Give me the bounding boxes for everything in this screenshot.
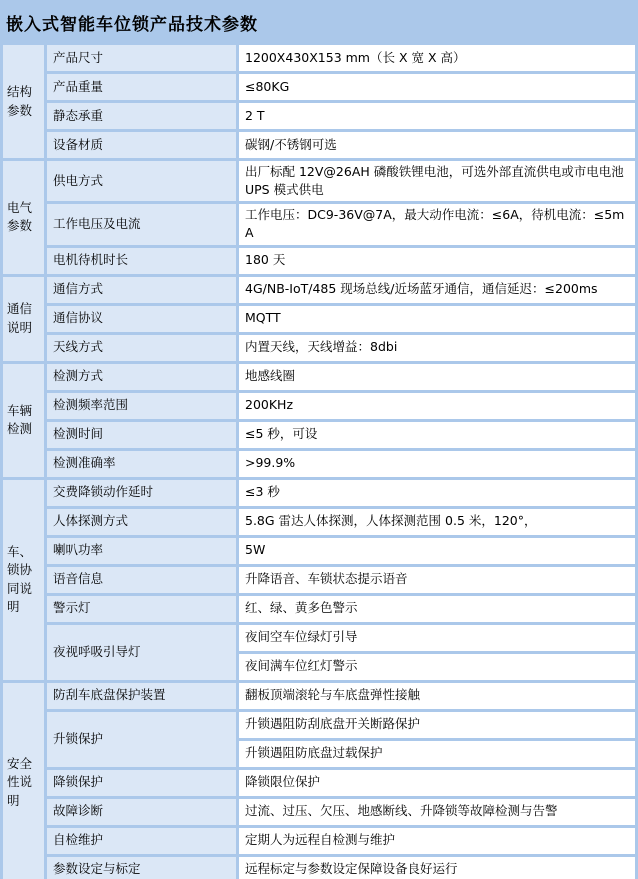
value-cell: ≤80KG (239, 74, 635, 100)
value-cell: 红、绿、黄多色警示 (239, 596, 635, 622)
param-cell: 参数设定与标定 (47, 857, 236, 879)
param-cell: 故障诊断 (47, 799, 236, 825)
table-row: 静态承重2 T (3, 103, 635, 129)
value-cell: 地感线圈 (239, 364, 635, 390)
value-cell: 翻板顶端滚轮与车底盘弹性接触 (239, 683, 635, 709)
table-row: 通信协议MQTT (3, 306, 635, 332)
param-cell: 静态承重 (47, 103, 236, 129)
category-cell: 电气参数 (3, 161, 44, 274)
value-cell: 升锁遇阻防底盘过载保护 (239, 741, 635, 767)
table-row: 警示灯红、绿、黄多色警示 (3, 596, 635, 622)
table-row: 电气参数供电方式出厂标配 12V@26AH 磷酸铁锂电池，可选外部直流供电或市电… (3, 161, 635, 201)
param-cell: 检测频率范围 (47, 393, 236, 419)
table-row: 语音信息升降语音、车锁状态提示语音 (3, 567, 635, 593)
table-row: 参数设定与标定远程标定与参数设定保障设备良好运行 (3, 857, 635, 879)
table-row: 车辆检测检测方式地感线圈 (3, 364, 635, 390)
table-row: 通信说明通信方式4G/NB-IoT/485 现场总线/近场蓝牙通信，通信延迟：≤… (3, 277, 635, 303)
table-row: 故障诊断过流、过压、欠压、地感断线、升降锁等故障检测与告警 (3, 799, 635, 825)
value-cell: MQTT (239, 306, 635, 332)
category-cell: 安全性说明 (3, 683, 44, 879)
value-cell: 4G/NB-IoT/485 现场总线/近场蓝牙通信，通信延迟：≤200ms (239, 277, 635, 303)
value-cell: 远程标定与参数设定保障设备良好运行 (239, 857, 635, 879)
value-cell: 过流、过压、欠压、地感断线、升降锁等故障检测与告警 (239, 799, 635, 825)
value-cell: 出厂标配 12V@26AH 磷酸铁锂电池，可选外部直流供电或市电电池 UPS 模… (239, 161, 635, 201)
param-cell: 检测准确率 (47, 451, 236, 477)
spec-table: 结构参数产品尺寸1200X430X153 mm（长 X 宽 X 高）产品重量≤8… (0, 42, 638, 879)
table-row: 喇叭功率5W (3, 538, 635, 564)
table-row: 安全性说明防刮车底盘保护装置翻板顶端滚轮与车底盘弹性接触 (3, 683, 635, 709)
table-row: 检测频率范围200KHz (3, 393, 635, 419)
category-cell: 车辆检测 (3, 364, 44, 477)
table-row: 电机待机时长180 天 (3, 248, 635, 274)
table-row: 工作电压及电流工作电压：DC9-36V@7A，最大动作电流：≤6A，待机电流：≤… (3, 204, 635, 244)
param-cell: 自检维护 (47, 828, 236, 854)
value-cell: 升降语音、车锁状态提示语音 (239, 567, 635, 593)
value-cell: 180 天 (239, 248, 635, 274)
value-cell: 碳钢/不锈钢可选 (239, 132, 635, 158)
param-cell: 防刮车底盘保护装置 (47, 683, 236, 709)
param-cell: 语音信息 (47, 567, 236, 593)
param-cell: 产品重量 (47, 74, 236, 100)
value-cell: 定期人为远程自检测与维护 (239, 828, 635, 854)
value-cell: 5W (239, 538, 635, 564)
param-cell: 升锁保护 (47, 712, 236, 767)
value-cell: 内置天线，天线增益：8dbi (239, 335, 635, 361)
table-row: 检测准确率>99.9% (3, 451, 635, 477)
page-title: 嵌入式智能车位锁产品技术参数 (0, 0, 638, 42)
table-row: 设备材质碳钢/不锈钢可选 (3, 132, 635, 158)
param-cell: 供电方式 (47, 161, 236, 201)
table-row: 升锁保护升锁遇阻防刮底盘开关断路保护 (3, 712, 635, 738)
value-cell: 2 T (239, 103, 635, 129)
category-cell: 通信说明 (3, 277, 44, 361)
param-cell: 人体探测方式 (47, 509, 236, 535)
value-cell: 5.8G 雷达人体探测，人体探测范围 0.5 米，120°， (239, 509, 635, 535)
table-row: 天线方式内置天线，天线增益：8dbi (3, 335, 635, 361)
table-row: 产品重量≤80KG (3, 74, 635, 100)
table-row: 降锁保护降锁限位保护 (3, 770, 635, 796)
spec-table-body: 结构参数产品尺寸1200X430X153 mm（长 X 宽 X 高）产品重量≤8… (3, 45, 635, 879)
value-cell: ≤5 秒，可设 (239, 422, 635, 448)
table-row: 结构参数产品尺寸1200X430X153 mm（长 X 宽 X 高） (3, 45, 635, 71)
table-row: 车、锁协同说明交费降锁动作延时≤3 秒 (3, 480, 635, 506)
value-cell: 工作电压：DC9-36V@7A，最大动作电流：≤6A，待机电流：≤5mA (239, 204, 635, 244)
param-cell: 设备材质 (47, 132, 236, 158)
value-cell: 升锁遇阻防刮底盘开关断路保护 (239, 712, 635, 738)
value-cell: 夜间空车位绿灯引导 (239, 625, 635, 651)
param-cell: 交费降锁动作延时 (47, 480, 236, 506)
param-cell: 喇叭功率 (47, 538, 236, 564)
value-cell: 1200X430X153 mm（长 X 宽 X 高） (239, 45, 635, 71)
param-cell: 电机待机时长 (47, 248, 236, 274)
param-cell: 夜视呼吸引导灯 (47, 625, 236, 680)
param-cell: 产品尺寸 (47, 45, 236, 71)
param-cell: 检测方式 (47, 364, 236, 390)
param-cell: 警示灯 (47, 596, 236, 622)
value-cell: ≤3 秒 (239, 480, 635, 506)
table-row: 夜视呼吸引导灯夜间空车位绿灯引导 (3, 625, 635, 651)
table-row: 检测时间≤5 秒，可设 (3, 422, 635, 448)
value-cell: 200KHz (239, 393, 635, 419)
category-cell: 结构参数 (3, 45, 44, 158)
value-cell: 夜间满车位红灯警示 (239, 654, 635, 680)
table-row: 自检维护定期人为远程自检测与维护 (3, 828, 635, 854)
value-cell: 降锁限位保护 (239, 770, 635, 796)
param-cell: 通信方式 (47, 277, 236, 303)
value-cell: >99.9% (239, 451, 635, 477)
param-cell: 天线方式 (47, 335, 236, 361)
param-cell: 检测时间 (47, 422, 236, 448)
param-cell: 工作电压及电流 (47, 204, 236, 244)
category-cell: 车、锁协同说明 (3, 480, 44, 680)
param-cell: 降锁保护 (47, 770, 236, 796)
table-row: 人体探测方式5.8G 雷达人体探测，人体探测范围 0.5 米，120°， (3, 509, 635, 535)
param-cell: 通信协议 (47, 306, 236, 332)
